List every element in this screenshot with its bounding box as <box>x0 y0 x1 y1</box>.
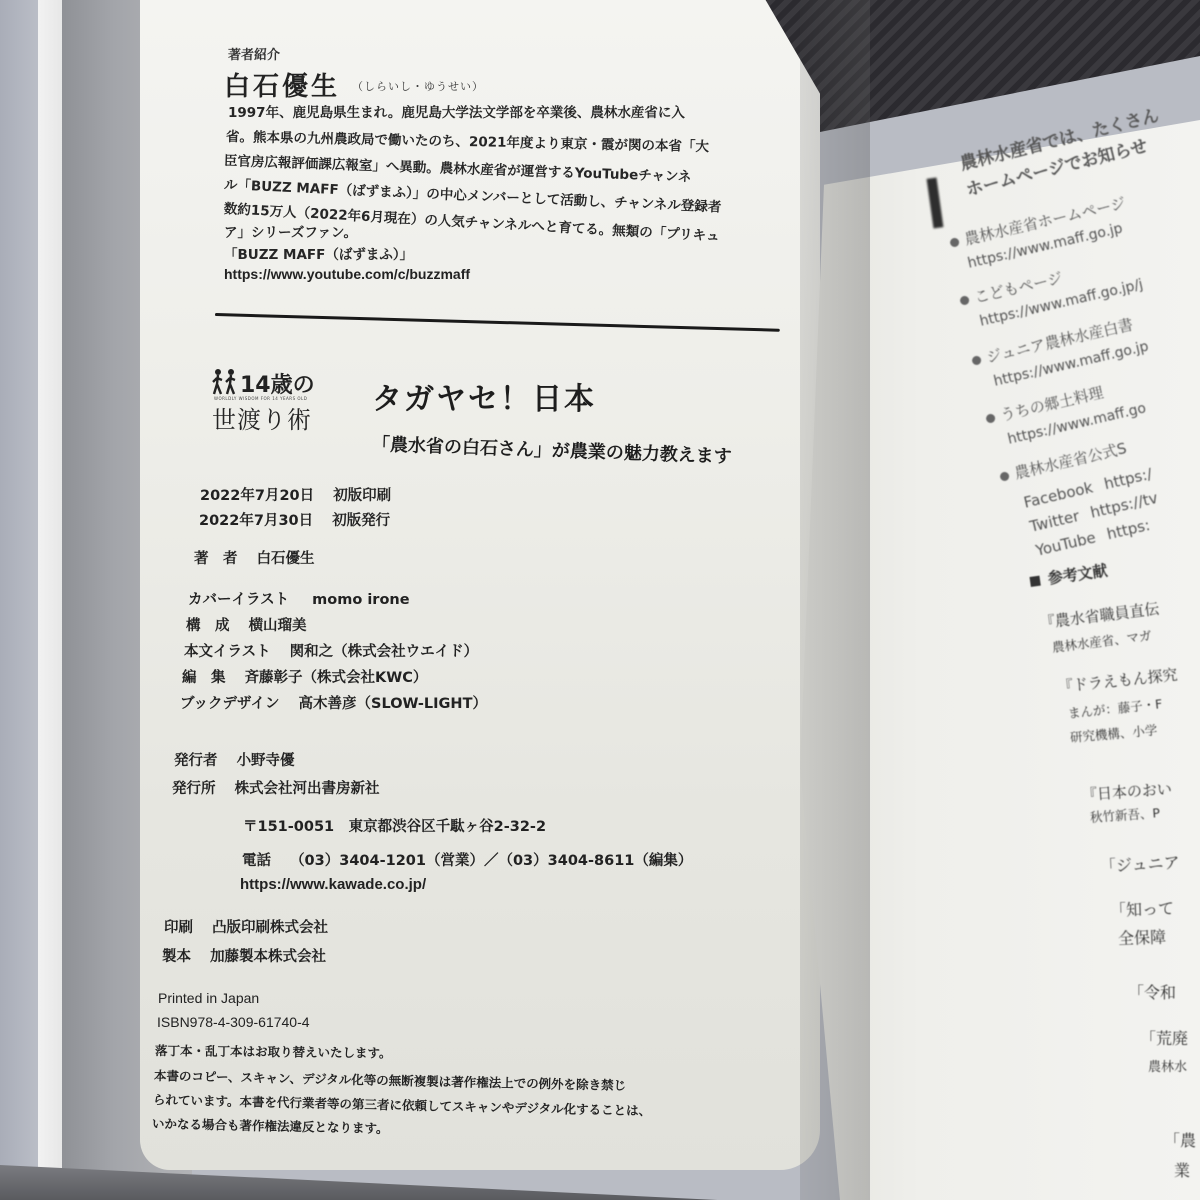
credit-name: 関和之（株式会社ウエイド） <box>290 644 479 660</box>
edition-label: 初版発行 <box>332 513 390 529</box>
publisher-website: https://www.kawade.co.jp/ <box>240 876 426 893</box>
author-bio-line: ア」シリーズファン。 <box>224 221 357 241</box>
edition-date: 2022年7月20日 <box>200 488 314 504</box>
printer-name: 凸版印刷株式会社 <box>212 920 328 936</box>
binder-row: 製本 加藤製本株式会社 <box>162 945 326 966</box>
publisher-person-row: 発行者 小野寺優 <box>174 749 295 770</box>
bullet-icon <box>971 355 982 366</box>
publisher-phone-row: 電話 （03）3404-1201（営業）／（03）3404-8611（編集） <box>242 849 692 870</box>
credit-editor: 編 集 斉藤彰子（株式会社KWC） <box>182 666 427 687</box>
credit-book-design: ブックデザイン 高木善彦（SLOW-LIGHT） <box>180 692 487 713</box>
series-logo: 14歳の WORLDLY WISDOM FOR 14 YEARS OLD 世渡り… <box>212 368 342 428</box>
credit-author: 著 者 白石優生 <box>194 547 315 568</box>
edition-print-date: 2022年7月20日 初版印刷 <box>200 484 391 505</box>
author-name-kana: （しらいし・ゆうせい） <box>352 78 484 94</box>
phone-numbers: （03）3404-1201（営業）／（03）3404-8611（編集） <box>290 853 692 869</box>
reference-line: 「荒廃 <box>1140 1026 1188 1049</box>
channel-name: 「BUZZ MAFF（ばずまふ）」 <box>224 243 413 263</box>
author-bio-line: 1997年、鹿児島県生まれ。鹿児島大学法文学部を卒業後、農林水産省に入 <box>228 101 685 121</box>
page-gutter-shadow <box>800 0 870 1200</box>
phone-label: 電話 <box>242 853 271 869</box>
credit-name: 高木善彦（SLOW-LIGHT） <box>299 696 487 712</box>
credit-composition: 構 成 横山瑠美 <box>186 614 307 635</box>
credit-name: 白石優生 <box>257 551 315 567</box>
credit-name: momo irone <box>312 592 409 608</box>
publisher-person-label: 発行者 <box>174 753 218 769</box>
edition-publish-date: 2022年7月30日 初版発行 <box>199 509 390 530</box>
author-intro-label: 著者紹介 <box>228 44 280 63</box>
bullet-icon <box>949 237 960 248</box>
publisher-address: 〒151-0051 東京都渋谷区千駄ヶ谷2-32-2 <box>243 815 546 836</box>
credit-name: 斉藤彰子（株式会社KWC） <box>245 670 428 686</box>
series-logo-number: 14歳の <box>240 368 315 399</box>
reference-line: 「知って <box>1110 896 1175 921</box>
publisher-label: 発行所 <box>172 781 216 797</box>
printer-label: 印刷 <box>164 920 193 936</box>
edition-date: 2022年7月30日 <box>199 513 313 529</box>
credit-role: 構 成 <box>186 618 230 634</box>
publisher-name: 株式会社河出書房新社 <box>235 781 380 797</box>
publisher-person: 小野寺優 <box>237 753 295 769</box>
bullet-icon <box>959 295 970 306</box>
channel-url: https://www.youtube.com/c/buzzmaff <box>224 266 470 282</box>
credit-role: 編 集 <box>182 670 226 686</box>
reference-line: 農林水 <box>1148 1056 1187 1075</box>
credit-cover-illust: カバーイラスト momo irone <box>188 588 410 609</box>
credit-role: カバーイラスト <box>188 592 289 608</box>
square-bullet-icon <box>1029 575 1040 586</box>
credit-role: 著 者 <box>194 551 238 567</box>
reference-line: 「農 <box>1164 1128 1196 1151</box>
binder-label: 製本 <box>162 949 191 965</box>
printer-row: 印刷 凸版印刷株式会社 <box>164 916 328 937</box>
reference-line: 「ジュニア <box>1099 850 1180 877</box>
edition-label: 初版印刷 <box>333 488 391 504</box>
reference-line: 全保障 <box>1118 924 1167 949</box>
series-logo-name: 世渡り術 <box>212 400 312 435</box>
notice-line: 落丁本・乱丁本はお取り替えいたします。 <box>155 1041 392 1061</box>
bullet-icon <box>985 413 996 424</box>
credit-body-illust: 本文イラスト 関和之（株式会社ウエイド） <box>184 640 478 661</box>
author-name: 白石優生 <box>224 66 340 103</box>
credit-role: ブックデザイン <box>180 696 279 712</box>
bullet-icon <box>999 471 1010 482</box>
printed-in: Printed in Japan <box>158 990 259 1006</box>
reference-line: 業 <box>1174 1158 1190 1181</box>
reference-line: 「令和 <box>1128 980 1176 1003</box>
binder-name: 加藤製本株式会社 <box>210 949 326 965</box>
credit-name: 横山瑠美 <box>249 618 307 634</box>
publisher-row: 発行所 株式会社河出書房新社 <box>172 777 380 798</box>
book-title: タガヤセ！日本 <box>372 374 596 418</box>
isbn: ISBN978-4-309-61740-4 <box>157 1014 310 1030</box>
credit-role: 本文イラスト <box>184 644 271 660</box>
